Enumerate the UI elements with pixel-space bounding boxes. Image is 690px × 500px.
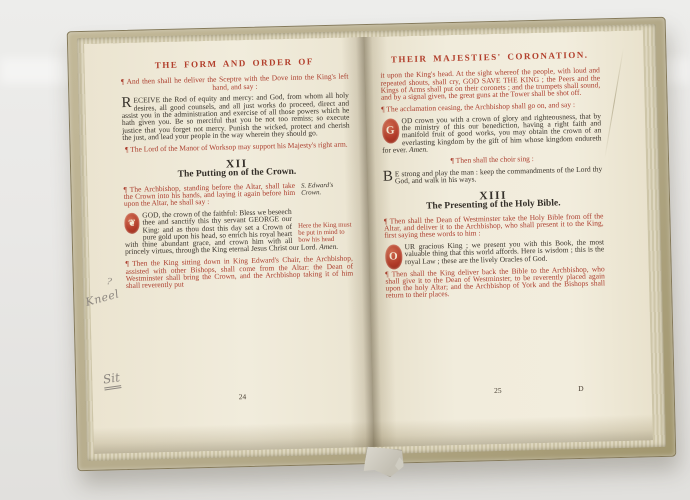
prayer-god-crown: GOD crown you with a crown of glory and … <box>381 112 601 154</box>
prayer-crown-text: GOD, the crown of the faithful: Bless we… <box>125 207 318 257</box>
drop-cap-r: R <box>121 97 133 110</box>
presentation-bible: OUR gracious King ; we present you with … <box>384 238 604 265</box>
right-page: THEIR MAJESTIES' CORONATION. it upon the… <box>363 30 652 447</box>
prayer-receive-text: ECEIVE the Rod of equity and mercy: and … <box>122 91 350 142</box>
initial-g: G <box>386 126 395 135</box>
left-page: THE FORM AND ORDER OF ¶ And then shall h… <box>84 37 373 454</box>
illuminated-initial-g-icon: G <box>381 118 399 143</box>
illuminated-ornament-icon: ❦ <box>124 213 140 234</box>
photo-background: THE FORM AND ORDER OF ¶ And then shall h… <box>0 0 690 500</box>
presentation-bible-text: UR gracious King ; we present you with t… <box>404 237 604 265</box>
open-book: THE FORM AND ORDER OF ¶ And then shall h… <box>67 17 677 472</box>
rubric-archbishop: S. Edward's Crown.¶ The Archbishop, stan… <box>123 180 351 207</box>
right-page-footer: 25D <box>388 384 608 397</box>
prayer-receive: RECEIVE the Rod of equity and mercy: and… <box>121 92 350 141</box>
rubric-dean: ¶ Then shall the Dean of Westminster tak… <box>384 212 604 239</box>
initial-o: O <box>389 253 398 262</box>
page-spread: THE FORM AND ORDER OF ¶ And then shall h… <box>84 30 653 454</box>
left-running-head: THE FORM AND ORDER OF <box>121 58 349 71</box>
margin-note-st-edwards-crown: S. Edward's Crown. <box>301 181 351 196</box>
margin-note-bow-head: Here the King must be put in mind to bow… <box>298 221 352 243</box>
rubric-crowning: ¶ Then the King sitting down in King Edw… <box>125 255 353 290</box>
rubric-worksop: ¶ The Lord of the Manor of Worksop may s… <box>123 140 351 153</box>
pencil-note-sit: Sit <box>102 370 121 390</box>
pencil-question-mark: ? <box>106 277 112 287</box>
fleuron-icon: ❦ <box>128 219 136 228</box>
right-page-number: 25 <box>494 386 502 395</box>
illuminated-initial-o-icon: O <box>385 244 403 269</box>
rubric-archbishop-text: ¶ The Archbishop, standing before the Al… <box>123 180 295 208</box>
left-page-number: 24 <box>129 390 357 403</box>
prayer-crown: Here the King must be put in mind to bow… <box>124 206 353 255</box>
signature-mark: D <box>578 385 584 392</box>
rubric-deliver-back: ¶ Then shall the King deliver back the B… <box>385 265 605 300</box>
drop-cap-b: B <box>383 170 395 183</box>
rubric-acclamation: it upon the King's head. At the sight wh… <box>380 67 600 102</box>
anthem-be-strong-text: E strong and play the man : keep the com… <box>395 164 603 185</box>
anthem-be-strong: BE strong and play the man : keep the co… <box>383 165 603 185</box>
amen-text: Amen. <box>409 145 428 154</box>
right-running-head: THEIR MAJESTIES' CORONATION. <box>380 51 600 64</box>
amen-text: Amen. <box>319 242 338 251</box>
rubric-sceptre: ¶ And then shall he deliver the Sceptre … <box>121 73 349 93</box>
